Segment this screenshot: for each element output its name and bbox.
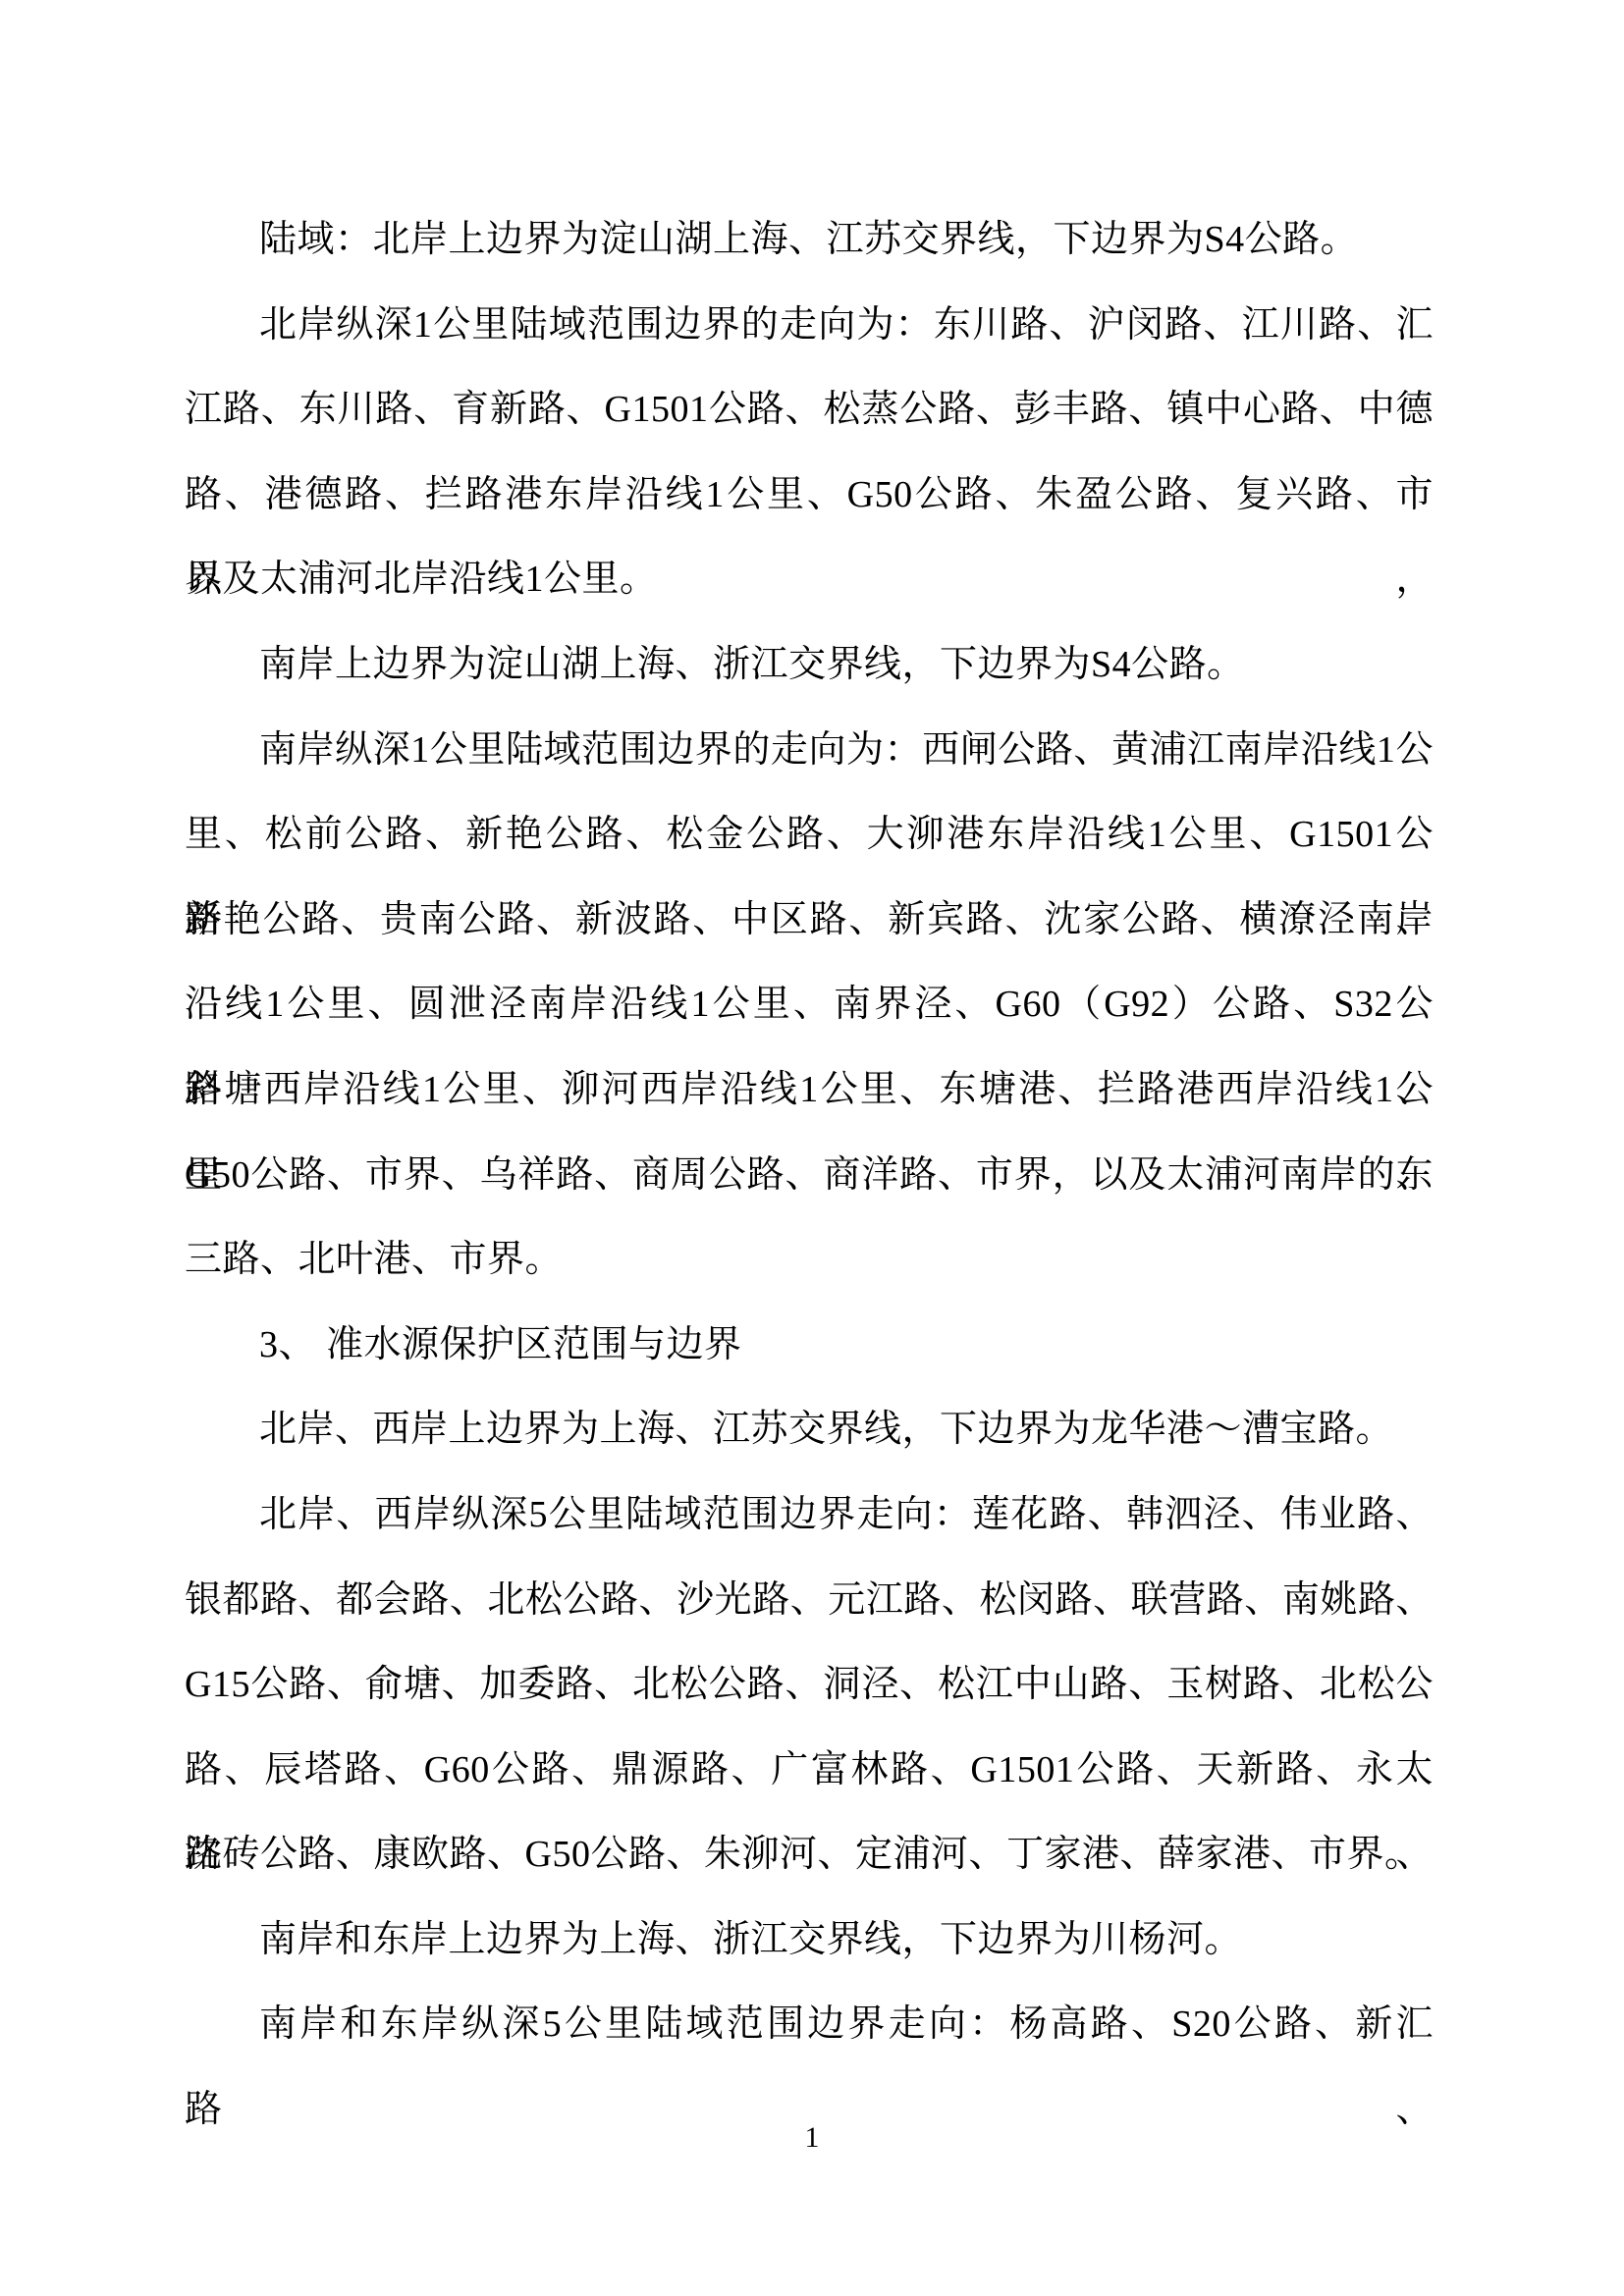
text-line: 新艳公路、贵南公路、新波路、中区路、新宾路、沈家公路、横潦泾南岸 [185, 878, 1434, 963]
text-line: G50公路、市界、乌祥路、商周公路、商洋路、市界，以及太浦河南岸的东 [185, 1133, 1434, 1218]
text-line: 沈砖公路、康欧路、G50公路、朱泖河、定浦河、丁家港、薛家港、市界。 [185, 1812, 1434, 1897]
text-line: 北岸、西岸纵深5公里陆域范围边界走向：莲花路、韩泗泾、伟业路、 [185, 1472, 1434, 1558]
text-line: 南岸和东岸纵深5公里陆域范围边界走向：杨高路、S20公路、新汇路、 [185, 1982, 1434, 2067]
text-line: 南岸上边界为淀山湖上海、浙江交界线，下边界为S4公路。 [185, 622, 1434, 708]
text-line: 陆域：北岸上边界为淀山湖上海、江苏交界线，下边界为S4公路。 [185, 197, 1434, 283]
text-line: 3、 准水源保护区范围与边界 [185, 1303, 1434, 1388]
text-line: 南岸和东岸上边界为上海、浙江交界线，下边界为川杨河。 [185, 1897, 1434, 1983]
text-line: 路、辰塔路、G60公路、鼎源路、广富林路、G1501公路、天新路、永太路、 [185, 1728, 1434, 1813]
text-line: 北岸纵深1公里陆域范围边界的走向为：东川路、沪闵路、江川路、汇 [185, 283, 1434, 368]
text-line: 南岸纵深1公里陆域范围边界的走向为：西闸公路、黄浦江南岸沿线1公 [185, 708, 1434, 793]
text-line: 银都路、都会路、北松公路、沙光路、元江路、松闵路、联营路、南姚路、 [185, 1558, 1434, 1643]
page-number: 1 [0, 2118, 1624, 2158]
text-line: 北岸、西岸上边界为上海、江苏交界线，下边界为龙华港～漕宝路。 [185, 1387, 1434, 1472]
text-line: 江路、东川路、育新路、G1501公路、松蒸公路、彭丰路、镇中心路、中德 [185, 367, 1434, 453]
text-line: G15公路、俞塘、加委路、北松公路、洞泾、松江中山路、玉树路、北松公 [185, 1642, 1434, 1728]
document-page: 陆域：北岸上边界为淀山湖上海、江苏交界线，下边界为S4公路。北岸纵深1公里陆域范… [0, 0, 1624, 2296]
text-line: 路、港德路、拦路港东岸沿线1公里、G50公路、朱盈公路、复兴路、市界， [185, 453, 1434, 538]
text-line: 三路、北叶港、市界。 [185, 1217, 1434, 1303]
text-line: 里、松前公路、新艳公路、松金公路、大泖港东岸沿线1公里、G1501公路、 [185, 792, 1434, 878]
text-line: 斜塘西岸沿线1公里、泖河西岸沿线1公里、东塘港、拦路港西岸沿线1公里、 [185, 1047, 1434, 1133]
text-line: 沿线1公里、圆泄泾南岸沿线1公里、南界泾、G60（G92）公路、S32公路、 [185, 962, 1434, 1047]
body-text: 陆域：北岸上边界为淀山湖上海、江苏交界线，下边界为S4公路。北岸纵深1公里陆域范… [185, 197, 1434, 2067]
